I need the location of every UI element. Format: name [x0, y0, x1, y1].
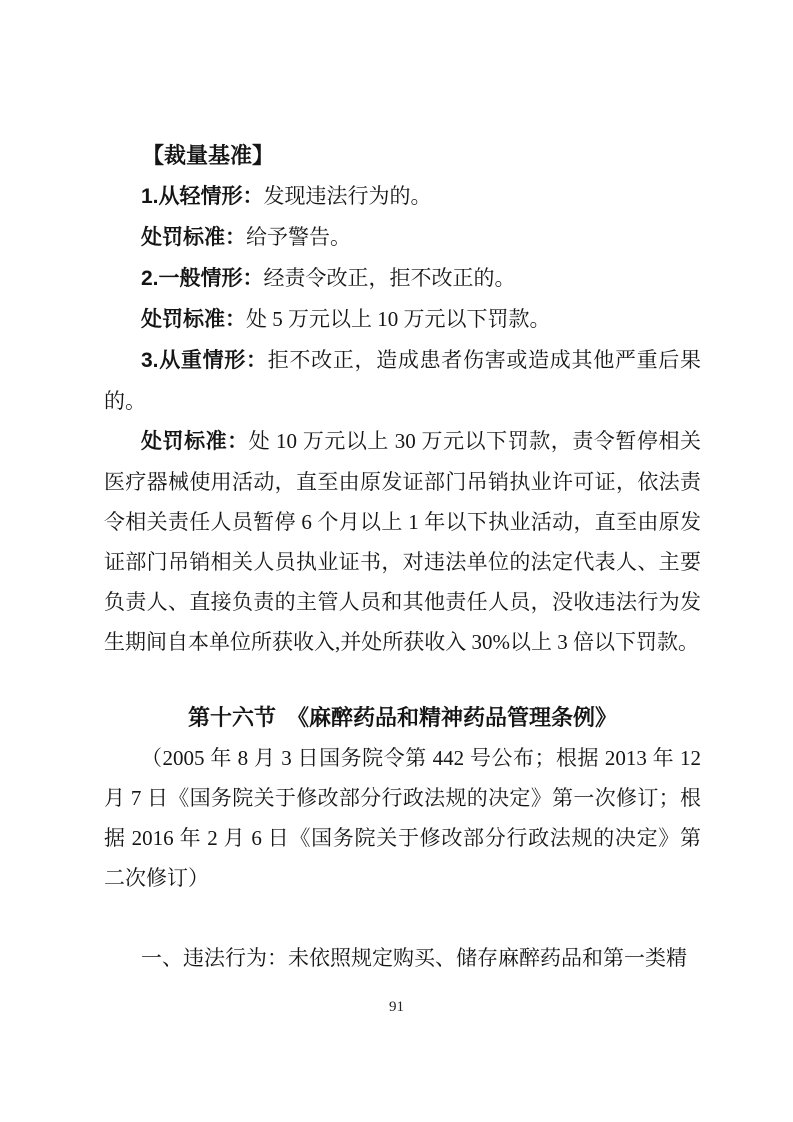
violation-label: 一、违法行为：	[141, 946, 288, 970]
item-label: 处罚标准：	[141, 308, 246, 331]
discretion-heading: 【裁量基准】	[104, 136, 701, 176]
item-label: 3.从重情形：	[141, 349, 268, 372]
discretion-item-general: 2.一般情形：经责令改正，拒不改正的。	[104, 258, 701, 299]
item-text: 处 10 万元以上 30 万元以下罚款，责令暂停相关医疗器械使用活动，直至由原发…	[104, 429, 701, 654]
item-label: 2.一般情形：	[141, 267, 264, 290]
discretion-item-mitigating: 1.从轻情形：发现违法行为的。	[104, 176, 701, 217]
penalty-standard-3: 处罚标准：处 10 万元以上 30 万元以下罚款，责令暂停相关医疗器械使用活动，…	[104, 421, 701, 662]
violation-text: 未依照规定购买、储存麻醉药品和第一类精	[288, 946, 687, 970]
item-text: 给予警告。	[246, 225, 351, 249]
item-label: 1.从轻情形：	[141, 185, 264, 208]
page-number: 91	[0, 997, 793, 1017]
penalty-standard-1: 处罚标准：给予警告。	[104, 217, 701, 258]
penalty-standard-2: 处罚标准：处 5 万元以上 10 万元以下罚款。	[104, 299, 701, 340]
document-page: 【裁量基准】 1.从轻情形：发现违法行为的。 处罚标准：给予警告。 2.一般情形…	[0, 0, 793, 1122]
violation-item: 一、违法行为：未依照规定购买、储存麻醉药品和第一类精	[104, 938, 701, 978]
section-title: 第十六节 《麻醉药品和精神药品管理条例》	[104, 698, 701, 738]
item-text: 处 5 万元以上 10 万元以下罚款。	[246, 307, 551, 331]
item-text: 发现违法行为的。	[264, 184, 432, 208]
discretion-item-aggravating: 3.从重情形：拒不改正，造成患者伤害或造成其他严重后果的。	[104, 340, 701, 421]
item-label: 处罚标准：	[141, 430, 249, 453]
page-content: 【裁量基准】 1.从轻情形：发现违法行为的。 处罚标准：给予警告。 2.一般情形…	[104, 136, 701, 978]
item-label: 处罚标准：	[141, 226, 246, 249]
item-text: 经责令改正，拒不改正的。	[264, 266, 516, 290]
section-promulgation: （2005 年 8 月 3 日国务院令第 442 号公布；根据 2013 年 1…	[104, 738, 701, 898]
